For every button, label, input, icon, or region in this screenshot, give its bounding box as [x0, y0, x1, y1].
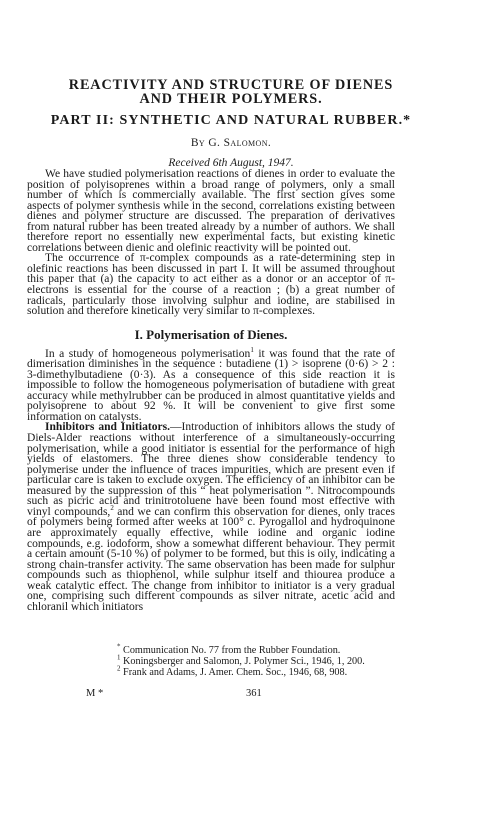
intro-paragraph-2: The occurrence of π-complex compounds as…: [27, 253, 395, 316]
paragraph-text: it was found that the rate of dimerisati…: [27, 348, 395, 423]
footnote: 1 Koningsberger and Salomon, J. Polymer …: [117, 656, 397, 667]
footnote: 2 Frank and Adams, J. Amer. Chem. Soc., …: [117, 667, 397, 678]
section-paragraph-2: Inhibitors and Initiators.—Introduction …: [27, 422, 395, 612]
article-header: REACTIVITY AND STRUCTURE OF DIENES AND T…: [66, 78, 396, 170]
footnotes: * Communication No. 77 from the Rubber F…: [117, 645, 397, 678]
article-title-line-1: REACTIVITY AND STRUCTURE OF DIENES: [66, 78, 396, 92]
footnote-text: Frank and Adams, J. Amer. Chem. Soc., 19…: [121, 667, 348, 678]
footnote-text: Communication No. 77 from the Rubber Fou…: [121, 645, 341, 656]
article-body: We have studied polymerisation reactions…: [27, 169, 395, 612]
paragraph-text: —Introduction of inhibitors allows the s…: [27, 421, 395, 517]
author-line: By G. Salomon.: [66, 136, 396, 150]
section-paragraph-1: In a study of homogeneous polymerisation…: [27, 349, 395, 423]
footnote: * Communication No. 77 from the Rubber F…: [117, 645, 397, 656]
page-number: 361: [246, 688, 262, 699]
intro-paragraph-1: We have studied polymerisation reactions…: [27, 169, 395, 253]
paragraph-text: and we can confirm this observation for …: [27, 506, 395, 613]
article-title-line-2: AND THEIR POLYMERS.: [66, 92, 396, 106]
footnote-text: Koningsberger and Salomon, J. Polymer Sc…: [121, 656, 365, 667]
section-heading: I. Polymerisation of Dienes.: [27, 328, 395, 342]
article-subtitle: PART II: SYNTHETIC AND NATURAL RUBBER.*: [46, 113, 416, 129]
signature-mark: M *: [86, 688, 103, 699]
